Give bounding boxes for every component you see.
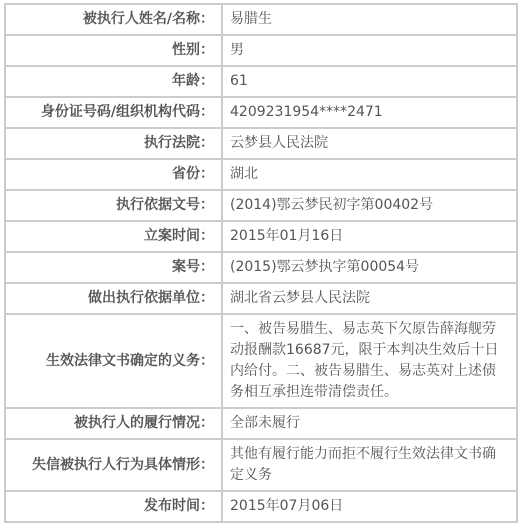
table-row: 性别： 男 bbox=[5, 35, 517, 66]
field-value: 湖北省云梦县人民法院 bbox=[222, 283, 517, 314]
field-value: 2015年07月06日 bbox=[222, 491, 517, 522]
field-label: 失信被执行人行为具体情形： bbox=[5, 439, 222, 491]
table-row: 失信被执行人行为具体情形： 其他有履行能力而拒不履行生效法律文书确定义务 bbox=[5, 439, 517, 491]
field-label: 执行法院： bbox=[5, 128, 222, 159]
field-label: 做出执行依据单位： bbox=[5, 283, 222, 314]
field-label: 生效法律文书确定的义务： bbox=[5, 314, 222, 408]
field-value: 全部未履行 bbox=[222, 408, 517, 439]
field-label: 发布时间： bbox=[5, 491, 222, 522]
field-label: 身份证号码/组织机构代码： bbox=[5, 97, 222, 128]
field-label: 被执行人的履行情况： bbox=[5, 408, 222, 439]
table-row: 执行法院： 云梦县人民法院 bbox=[5, 128, 517, 159]
field-label: 省份： bbox=[5, 159, 222, 190]
field-value: 易腊生 bbox=[222, 4, 517, 35]
field-label: 执行依据文号： bbox=[5, 190, 222, 221]
table-row: 生效法律文书确定的义务： 一、被告易腊生、易志英下欠原告薛海舰劳动报酬款1668… bbox=[5, 314, 517, 408]
table-row: 年龄： 61 bbox=[5, 66, 517, 97]
table-row: 省份： 湖北 bbox=[5, 159, 517, 190]
table-row: 被执行人姓名/名称： 易腊生 bbox=[5, 4, 517, 35]
field-value: 云梦县人民法院 bbox=[222, 128, 517, 159]
table-row: 立案时间： 2015年01月16日 bbox=[5, 221, 517, 252]
table-row: 执行依据文号： (2014)鄂云梦民初字第00402号 bbox=[5, 190, 517, 221]
field-value: 湖北 bbox=[222, 159, 517, 190]
field-value: 其他有履行能力而拒不履行生效法律文书确定义务 bbox=[222, 439, 517, 491]
table-row: 案号： (2015)鄂云梦执字第00054号 bbox=[5, 252, 517, 283]
table-row: 发布时间： 2015年07月06日 bbox=[5, 491, 517, 522]
field-value: 男 bbox=[222, 35, 517, 66]
field-label: 立案时间： bbox=[5, 221, 222, 252]
field-label: 性别： bbox=[5, 35, 222, 66]
table-row: 做出执行依据单位： 湖北省云梦县人民法院 bbox=[5, 283, 517, 314]
enforcement-record-table: 被执行人姓名/名称： 易腊生 性别： 男 年龄： 61 身份证号码/组织机构代码… bbox=[4, 3, 518, 523]
enforcement-record-panel: 被执行人姓名/名称： 易腊生 性别： 男 年龄： 61 身份证号码/组织机构代码… bbox=[0, 0, 522, 526]
field-value: 2015年01月16日 bbox=[222, 221, 517, 252]
field-label: 案号： bbox=[5, 252, 222, 283]
field-value: 4209231954****2471 bbox=[222, 97, 517, 128]
table-row: 身份证号码/组织机构代码： 4209231954****2471 bbox=[5, 97, 517, 128]
field-value: 61 bbox=[222, 66, 517, 97]
field-value: 一、被告易腊生、易志英下欠原告薛海舰劳动报酬款16687元，限于本判决生效后十日… bbox=[222, 314, 517, 408]
field-value: (2014)鄂云梦民初字第00402号 bbox=[222, 190, 517, 221]
field-label: 年龄： bbox=[5, 66, 222, 97]
field-label: 被执行人姓名/名称： bbox=[5, 4, 222, 35]
field-value: (2015)鄂云梦执字第00054号 bbox=[222, 252, 517, 283]
table-row: 被执行人的履行情况： 全部未履行 bbox=[5, 408, 517, 439]
